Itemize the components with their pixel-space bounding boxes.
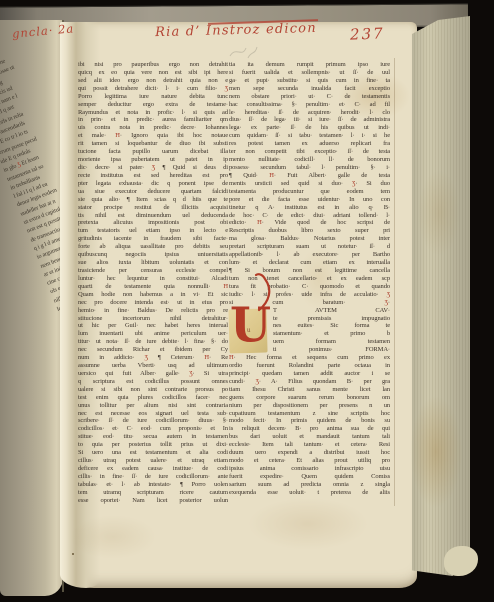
text-line: gritudinis iacente in fraudem sibi facte… [78,235,228,243]
text-line: tem utramq scripturam ricere cautum [78,489,228,497]
text-line: tum testatoris uel etiam ipso in lecto e [78,227,228,235]
text-line: codicillos· et· C· eod· cum proponis· et… [78,425,228,433]
text-line: bus dari uoluit et mandauit tantum tali [229,433,390,441]
text-line: et male· Ħ· Ignoro quia ibi hoc notaue [78,132,228,140]
rubric-mark: Ʒ [385,299,388,306]
text-line: deficere ex eadem causa· institue· de co… [78,465,228,473]
rubric-mark: Ʒ [17,162,22,169]
text-line: ti ponimus· FORMA· [273,346,390,354]
text-line: recte institutus est sed hereditas est p… [78,172,228,180]
text-line: modo fecit· In primis quidem de bonis su [229,417,390,425]
text-line: pretari scripturam suam ut notetur· ſſ· … [229,243,390,251]
text-line: sie quia alio· ¶ Item scias q d hiis que… [78,196,228,204]
text-line: tabulas· et· l· ab intestato· ¶ Porro uo… [78,481,228,489]
text-line: cundi· Ʒ· A· Filius quondam B· per gra [229,378,390,386]
text-line: uis contra nota in predic· decre· Iohann… [78,124,228,132]
text-line: stitue· eod· titu· secua autem in testam… [78,433,228,441]
text-line: res potest tamen ex aduerso replicari fr… [229,140,390,148]
text-line: cum quidam· ſſ· si tabu· testamen· l· i·… [229,132,390,140]
text-line: pter legata exhausta· dic q ponent ipse … [78,180,228,188]
text-line: trasiciende per censuras ecclesie compel [78,267,228,275]
rubric-mark: Ħ [223,283,228,290]
text-line: edicto· Ħ· Vide quod de hoc scripsi de [229,219,390,227]
text-line: ut hic per Guil· nec habet heres interua… [78,322,228,330]
text-line: Ħ· Hec forma et sequens cum primo ex [229,354,390,362]
text-line: unus tollitur per alium nisi sint contra… [78,402,228,410]
text-line: si fuerit ualida et sollempnis· ut ſſ· d… [229,69,390,77]
rubric-mark: Ħ [204,354,209,361]
text-line: le· hereditas· ſſ· de acquiren· herodit·… [229,109,390,117]
text-line: Raymundus et nota in profic· l· si quis … [78,109,228,117]
text-line: esse oportet· Nam licet posterior uolun [78,497,228,505]
text-line: duum uero expendi a distribui iussit hoc [229,449,390,457]
text-line: dic· decre· si pater· Ʒ ¶ Quid si deus d… [78,164,228,172]
text-line: stator procipe restitui de illicitis acq… [78,204,228,212]
text-line: tucione facta pupillo uarum dicebat illa [78,148,228,156]
ink-speck [72,553,74,555]
text-line: tiam Ihesu Christi sanus mente licet lan [229,386,390,394]
rubric-mark: Ħ [115,132,120,139]
text-line: fuerit expedire· Quem quidem Comiss [229,473,390,481]
text-line: qui possit detrahere dicit· l· i· cum fi… [78,85,228,93]
text-line: ¶ Quid· Ħ· Fuit Albert· galle de testa [229,172,390,180]
margin-rule [394,58,395,506]
text-line: nem obstare priori· ut· C· de testamenti… [229,93,390,101]
illuminated-initial: U u [229,308,269,354]
text-line: nec est necesse eos signari uel testa su… [78,410,228,418]
text-line: men sepe secunda inualida facit exceptio [229,85,390,93]
text-line: cillis· in fine· ſſ· de iure codicilloru… [78,473,228,481]
previous-leaf-text: lle extende ad mepere nisi aucrosse uttu… [0,20,63,523]
text-line: appellationib· l· ab executore· per Bart… [229,251,390,259]
text-line: tia ita demum rumpit primum ipso iure [229,61,390,69]
text-line: rit tamen si loquebantur de diuo ibi sub… [78,140,228,148]
rubric-mark: Ħ [269,172,274,179]
pencil-mark [226,42,260,62]
rubric-mark: Ʒ [189,370,192,377]
rubric-mark: Ħ [229,354,234,361]
folio-number: 237 [350,24,385,43]
rubric-mark: Ħ [257,219,262,226]
text-line: pore et die facta esse uidentur· In uno … [229,196,390,204]
text-line: te premissis impugnatio [273,315,390,323]
book-photograph: lle extende ad mepere nisi aucrosse uttu… [0,0,494,602]
rubric-mark: Ʒ [144,354,147,361]
text-line: uersico qui fuit Alber· galle· Ʒ· Si utr… [78,370,228,378]
text-line: sarium suum ad predicta omnia z singla [229,481,390,489]
text-line: cillus· utraq potest ualere· et utraq et… [78,457,228,465]
text-line: q scriptura est codicillus possunt omnes [78,378,228,386]
text-line: hac consultissima· §· penultim· et· C· a… [229,101,390,109]
text-line: Quam hodie non habemus a in vi· Et sic [78,291,228,299]
rubric-mark: Ʒ [255,378,258,385]
text-line: hemio· in fine· Baldus· De relictis pro … [78,307,228,315]
text-line: moriente ipsa pubertatem ut patet in ip [78,156,228,164]
column-right-upper-text: tia ita demum rumpit primum ipso iuresi … [229,61,390,307]
text-line: de hoc· C· de edict· diui· adriani tolle… [229,212,390,220]
text-line: nes euites· Sic forma te [273,322,390,330]
text-line: sed alii ideo ergo non detrahit quia non… [78,77,228,85]
text-line: mento nullitate· codicill· ll· de bonoru… [229,156,390,164]
rubric-mark: Ʒ [387,291,390,298]
text-line: principi· quedam tamen addit auctor i se [229,370,390,378]
decorated-initial-block: U u T AVTEM CAV·te premissis impugnation… [229,307,390,355]
initial-flourish [253,272,275,310]
text-line: pretexta alicuius impositionis post obi [78,219,228,227]
text-line: assumne uerba Vberti· usq ad ultimum [78,362,228,370]
text-line: cupatiuum testamentum z sine scriptis ho… [229,410,390,418]
text-line: ma glosa· Baldus· Notarius potest inter [229,235,390,243]
text-line: nec pro docere intenda est· ut in eius p… [78,299,228,307]
text-line: Si uero una est testamentum et alia codi [78,449,228,457]
text-line: semper deducitur ergo extra de testame· [78,101,228,109]
text-line: quibuscunq negociis ipsius uniuersitatis [78,251,228,259]
text-line: stamentum· et primo b [273,330,390,338]
text-line: ga· et pupi· substitu· si quis cum in fi… [229,77,390,85]
text-line: quarti de testamente quia nonnulli· Ħ [78,283,228,291]
text-line: uem formam testamen [273,338,390,346]
text-line: possess· secundum tabul· l· penultim· §·… [229,164,390,172]
text-line: ecclesie· Item tali tantum· et cetera· R… [229,441,390,449]
rubric-mark: Ʒ [152,164,155,171]
text-line: T AVTEM CAV· [273,307,390,315]
text-line: tis nihil est diminuendum uel deducenda [78,212,228,220]
text-line: ordio fuerunt Rolandini parte octaua in [229,362,390,370]
text-line: ibi nisi pro pauperibus ergo non detrahi… [78,61,228,69]
guide-letter: u [247,326,251,334]
previous-leaf-edge: lle extende ad mepere nisi aucrosse uttu… [0,20,63,596]
text-line: stitucione incertorum nihil detrahitur· [78,315,228,323]
text-line: ua siue executor deducere quartam falcid… [78,188,228,196]
text-line: quicq ex eo quia vere non est sibi ipi h… [78,69,228,77]
text-line: lum· et declarat cum etiam ex interualla [229,259,390,267]
text-line: scribere· ſſ· de iure codicillorum· diuu… [78,417,228,425]
text-line: modo et cetera· Et alias prout utiliq pr… [229,457,390,465]
text-line: is reliquit decem· B· pro anima sua de q… [229,425,390,433]
text-line: Porro legittima iure nature debita tunc [78,93,228,101]
text-line: tinetur q A· institutus est in alio q· B… [229,204,390,212]
text-line: titur· ut nota· ſſ· de iure debite· l· f… [78,338,228,346]
text-line: guens corpore suarum rerum bonorum om [229,394,390,402]
rubric-mark: Ʒ [225,85,228,92]
text-line: ter non competit tibi exceptio· ſſ· de t… [229,148,390,156]
text-line: to quia per posterius tollit prius ut di… [78,441,228,449]
parchment-stain [248,498,368,550]
column-right-lower-text: Ħ· Hec forma et sequens cum primo exordi… [229,354,390,497]
rubric-mark: Ʒ [352,180,355,187]
text-line: nec secundum Richar et ibidem per Cy [78,346,228,354]
text-line: sue alios iuxta libitum uoluntatis et co… [78,259,228,267]
text-line: nium per dispositionem per presens n un [229,402,390,410]
parchment-stain [70,515,156,559]
text-line: luntur· hec lequntur in constitui· Alcad… [78,275,228,283]
parchment-stain [418,170,460,256]
text-column-right: tia ita demum rumpit primum ipso iuresi … [229,61,390,497]
text-line: test enim quia plures codicillos facer· … [78,394,228,402]
parchment-stain [410,396,462,508]
text-line: mentis ursticii sed quid si duo· Ʒ· Si d… [229,180,390,188]
text-line: in prin· et in predic· aurea familiarite… [78,116,228,124]
text-line: num in addicio· Ʒ ¶ Ceterum· Ħ· Re [78,354,228,362]
text-line: lum inuentarii ubi anime periculum uer· [78,330,228,338]
text-line: ualere si sibi non sint contrarie prorsu… [78,386,228,394]
page-corner [444,546,478,576]
text-line: exequenda esse uoluit· t preterea de ali… [229,489,390,497]
text-line: Rescriptis duobus libro sexto super pri [229,227,390,235]
text-line: forte ab aliqua uassllitate pro debitis … [78,243,228,251]
text-line: ipsius anima comissario infrascripto uis… [229,465,390,473]
text-line: testamenta producuntur que eodem tem [229,188,390,196]
text-column-left: ibi nisi pro pauperibus ergo non detrahi… [78,61,228,505]
text-line: dius· ſſ· de lega· iii· si iure· ſſ· de … [229,116,390,124]
text-line: lega· ex parte· ſſ· de his quibus ut ind… [229,124,390,132]
